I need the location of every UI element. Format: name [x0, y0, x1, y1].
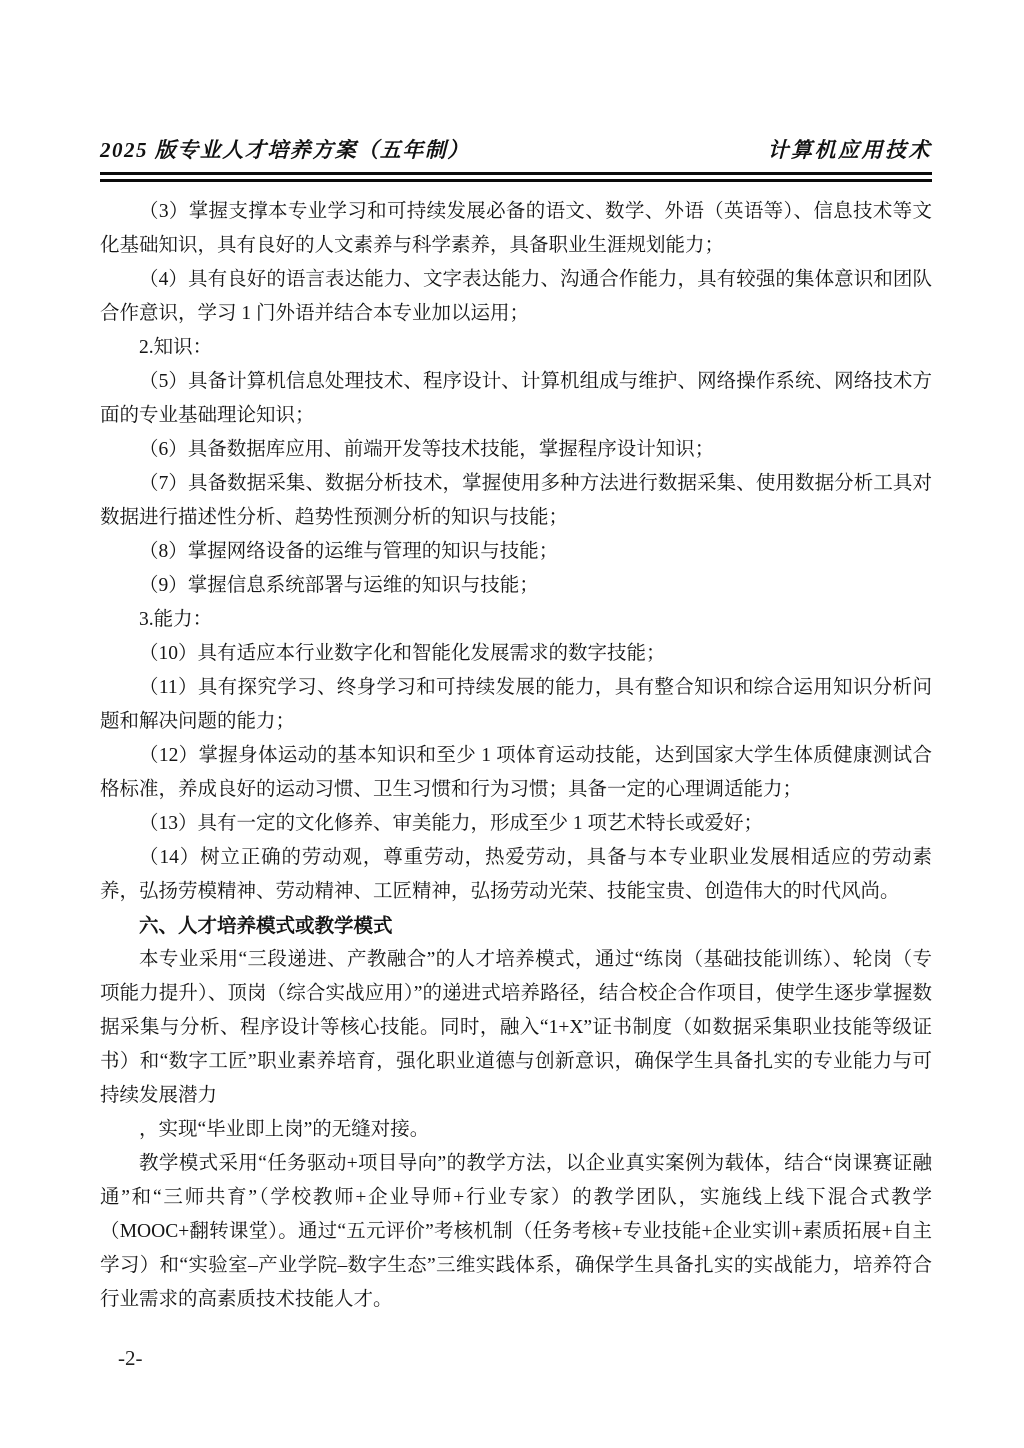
clause-3: （3）掌握支撑本专业学习和可持续发展必备的语文、数学、外语（英语等）、信息技术等… [100, 195, 932, 263]
subheading-knowledge: 2.知识： [100, 331, 932, 365]
clause-12: （12）掌握身体运动的基本知识和至少 1 项体育运动技能，达到国家大学生体质健康… [100, 739, 932, 807]
clause-7: （7）具备数据采集、数据分析技术，掌握使用多种方法进行数据采集、使用数据分析工具… [100, 467, 932, 535]
clause-10: （10）具有适应本行业数字化和智能化发展需求的数字技能； [100, 637, 932, 671]
clause-5: （5）具备计算机信息处理技术、程序设计、计算机组成与维护、网络操作系统、网络技术… [100, 365, 932, 433]
clause-11: （11）具有探究学习、终身学习和可持续发展的能力，具有整合知识和综合运用知识分析… [100, 671, 932, 739]
training-mode-continuation: ，实现“毕业即上岗”的无缝对接。 [100, 1113, 932, 1147]
clause-14: （14）树立正确的劳动观，尊重劳动，热爱劳动，具备与本专业职业发展相适应的劳动素… [100, 841, 932, 909]
clause-13: （13）具有一定的文化修养、审美能力，形成至少 1 项艺术特长或爱好； [100, 807, 932, 841]
clause-9: （9）掌握信息系统部署与运维的知识与技能； [100, 569, 932, 603]
document-title-left: 2025 版专业人才培养方案（五年制） [100, 134, 470, 164]
clause-8: （8）掌握网络设备的运维与管理的知识与技能； [100, 535, 932, 569]
clause-4: （4）具有良好的语言表达能力、文字表达能力、沟通合作能力，具有较强的集体意识和团… [100, 263, 932, 331]
document-title-right: 计算机应用技术 [768, 134, 933, 164]
training-mode-paragraph: 本专业采用“三段递进、产教融合”的人才培养模式，通过“练岗（基础技能训练）、轮岗… [100, 943, 932, 1113]
header-double-rule [100, 172, 932, 182]
document-body: （3）掌握支撑本专业学习和可持续发展必备的语文、数学、外语（英语等）、信息技术等… [100, 195, 932, 1317]
document-page: 2025 版专业人才培养方案（五年制） 计算机应用技术 （3）掌握支撑本专业学习… [100, 0, 932, 1317]
clause-6: （6）具备数据库应用、前端开发等技术技能，掌握程序设计知识； [100, 433, 932, 467]
subheading-ability: 3.能力： [100, 603, 932, 637]
page-header: 2025 版专业人才培养方案（五年制） 计算机应用技术 [100, 134, 932, 164]
teaching-mode-paragraph: 教学模式采用“任务驱动+项目导向”的教学方法，以企业真实案例为载体，结合“岗课赛… [100, 1147, 932, 1317]
page-number: -2- [118, 1346, 143, 1371]
section-heading-six: 六、人才培养模式或教学模式 [100, 909, 932, 943]
